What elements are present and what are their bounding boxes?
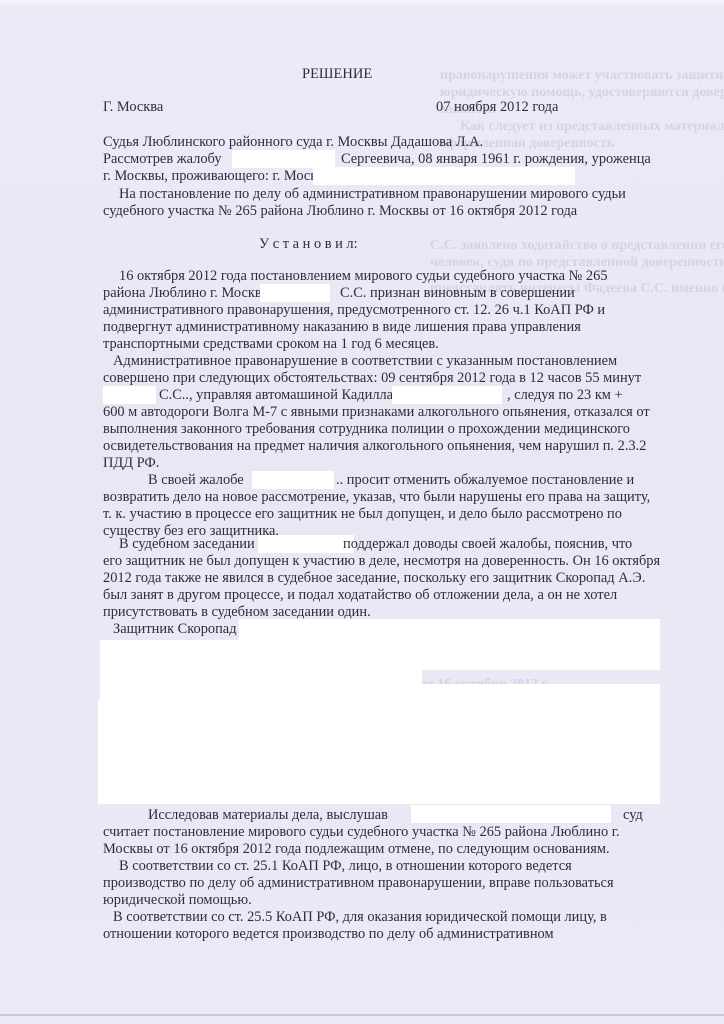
paragraph-line: С.С.., управляя автомашиной Кадиллак г.н…: [159, 387, 423, 404]
paragraph-line: Исследовав материалы дела, выслушав: [148, 807, 388, 824]
redaction-box: [252, 471, 334, 489]
redaction-box: [258, 535, 354, 553]
paragraph-line: суд: [623, 807, 643, 824]
redaction-box: [239, 619, 660, 641]
intro-line: Сергеевича, 08 января 1961 г. рождения, …: [341, 151, 651, 168]
paragraph-line: подвергнут административному наказанию в…: [103, 319, 581, 336]
paragraph-line: считает постановление мирового судьи суд…: [103, 824, 620, 841]
redaction-box: [100, 668, 422, 684]
redaction-box: [100, 640, 660, 670]
document-title: РЕШЕНИЕ: [302, 66, 372, 83]
paragraph-line: 600 м автодороги Волга М-7 с явными приз…: [103, 404, 650, 421]
redaction-box: [411, 805, 611, 823]
intro-line: судебного участка № 265 района Люблино г…: [103, 203, 577, 220]
paragraph-line: 2012 года также не явился в судебное зас…: [103, 570, 645, 587]
paragraph-line: В соответствии со ст. 25.5 КоАП РФ, для …: [113, 909, 607, 926]
paragraph-line: был занят в другом процессе, и подал ход…: [103, 587, 617, 604]
paragraph-line: возвратить дело на новое рассмотрение, у…: [103, 489, 650, 506]
redaction-box: [260, 284, 330, 302]
city: Г. Москва: [103, 99, 163, 116]
paragraph-line: .. просит отменить обжалуемое постановле…: [336, 472, 634, 489]
paragraph-line: отношении которого ведется производство …: [103, 926, 554, 943]
redaction-box: [313, 167, 575, 185]
intro-line: г. Москвы, проживающего: г. Москва,: [103, 168, 334, 185]
paragraph-line: транспортными средствами сроком на 1 год…: [103, 336, 439, 353]
paragraph-line: В соответствии со ст. 25.1 КоАП РФ, лицо…: [119, 858, 572, 875]
intro-line: Рассмотрев жалобу: [103, 151, 222, 168]
paragraph-line: Защитник Скоропад: [113, 621, 237, 638]
paragraph-line: совершено при следующих обстоятельствах:…: [103, 370, 641, 387]
paragraph-line: поддержал доводы своей жалобы, пояснив, …: [343, 536, 632, 553]
paragraph-line: В своей жалобе: [148, 472, 244, 489]
paragraph-line: Административное правонарушение в соотве…: [113, 353, 617, 370]
paragraph-line: Москвы от 16 октября 2012 года подлежащи…: [103, 841, 610, 858]
paragraph-line: выполнения законного требования сотрудни…: [103, 421, 630, 438]
paragraph-line: 16 октября 2012 года постановлением миро…: [119, 268, 608, 285]
paragraph-line: освидетельствования на предмет наличия а…: [103, 438, 646, 455]
redaction-box: [103, 386, 156, 404]
paragraph-line: , следуя по 23 км +: [507, 387, 623, 404]
scanned-page: правонарушения может участвовать защитни…: [0, 0, 724, 1024]
bleed-through-text: С.С. заявлено ходатайство о представлени…: [430, 237, 724, 254]
paragraph-line: т. к. участию в процессе его защитник не…: [103, 506, 622, 523]
paragraph-line: его защитник не был допущен к участию в …: [103, 553, 660, 570]
paragraph-line: района Люблино г. Москвы: [103, 285, 271, 302]
redaction-box: [392, 386, 502, 404]
paragraph-line: административного правонарушения, предус…: [103, 302, 605, 319]
intro-line: На постановление по делу об администрати…: [119, 186, 626, 203]
paragraph-line: производство по делу об административном…: [103, 875, 614, 892]
paragraph-line: ПДД РФ.: [103, 455, 159, 472]
redaction-box: [98, 700, 660, 804]
established-heading: У с т а н о в и л:: [259, 236, 358, 253]
paragraph-line: В судебном заседании: [119, 536, 255, 553]
document-date: 07 ноября 2012 года: [436, 99, 558, 116]
paragraph-line: юридической помощью.: [103, 892, 252, 909]
redaction-box: [232, 150, 335, 168]
judge-line: Судья Люблинского районного суда г. Моск…: [103, 134, 483, 151]
bleed-through-text: правонарушения может участвовать защитни…: [440, 67, 724, 84]
paragraph-line: С.С. признан виновным в совершении: [340, 285, 575, 302]
bleed-through-text: Как следует из представленных материалов…: [460, 118, 724, 135]
